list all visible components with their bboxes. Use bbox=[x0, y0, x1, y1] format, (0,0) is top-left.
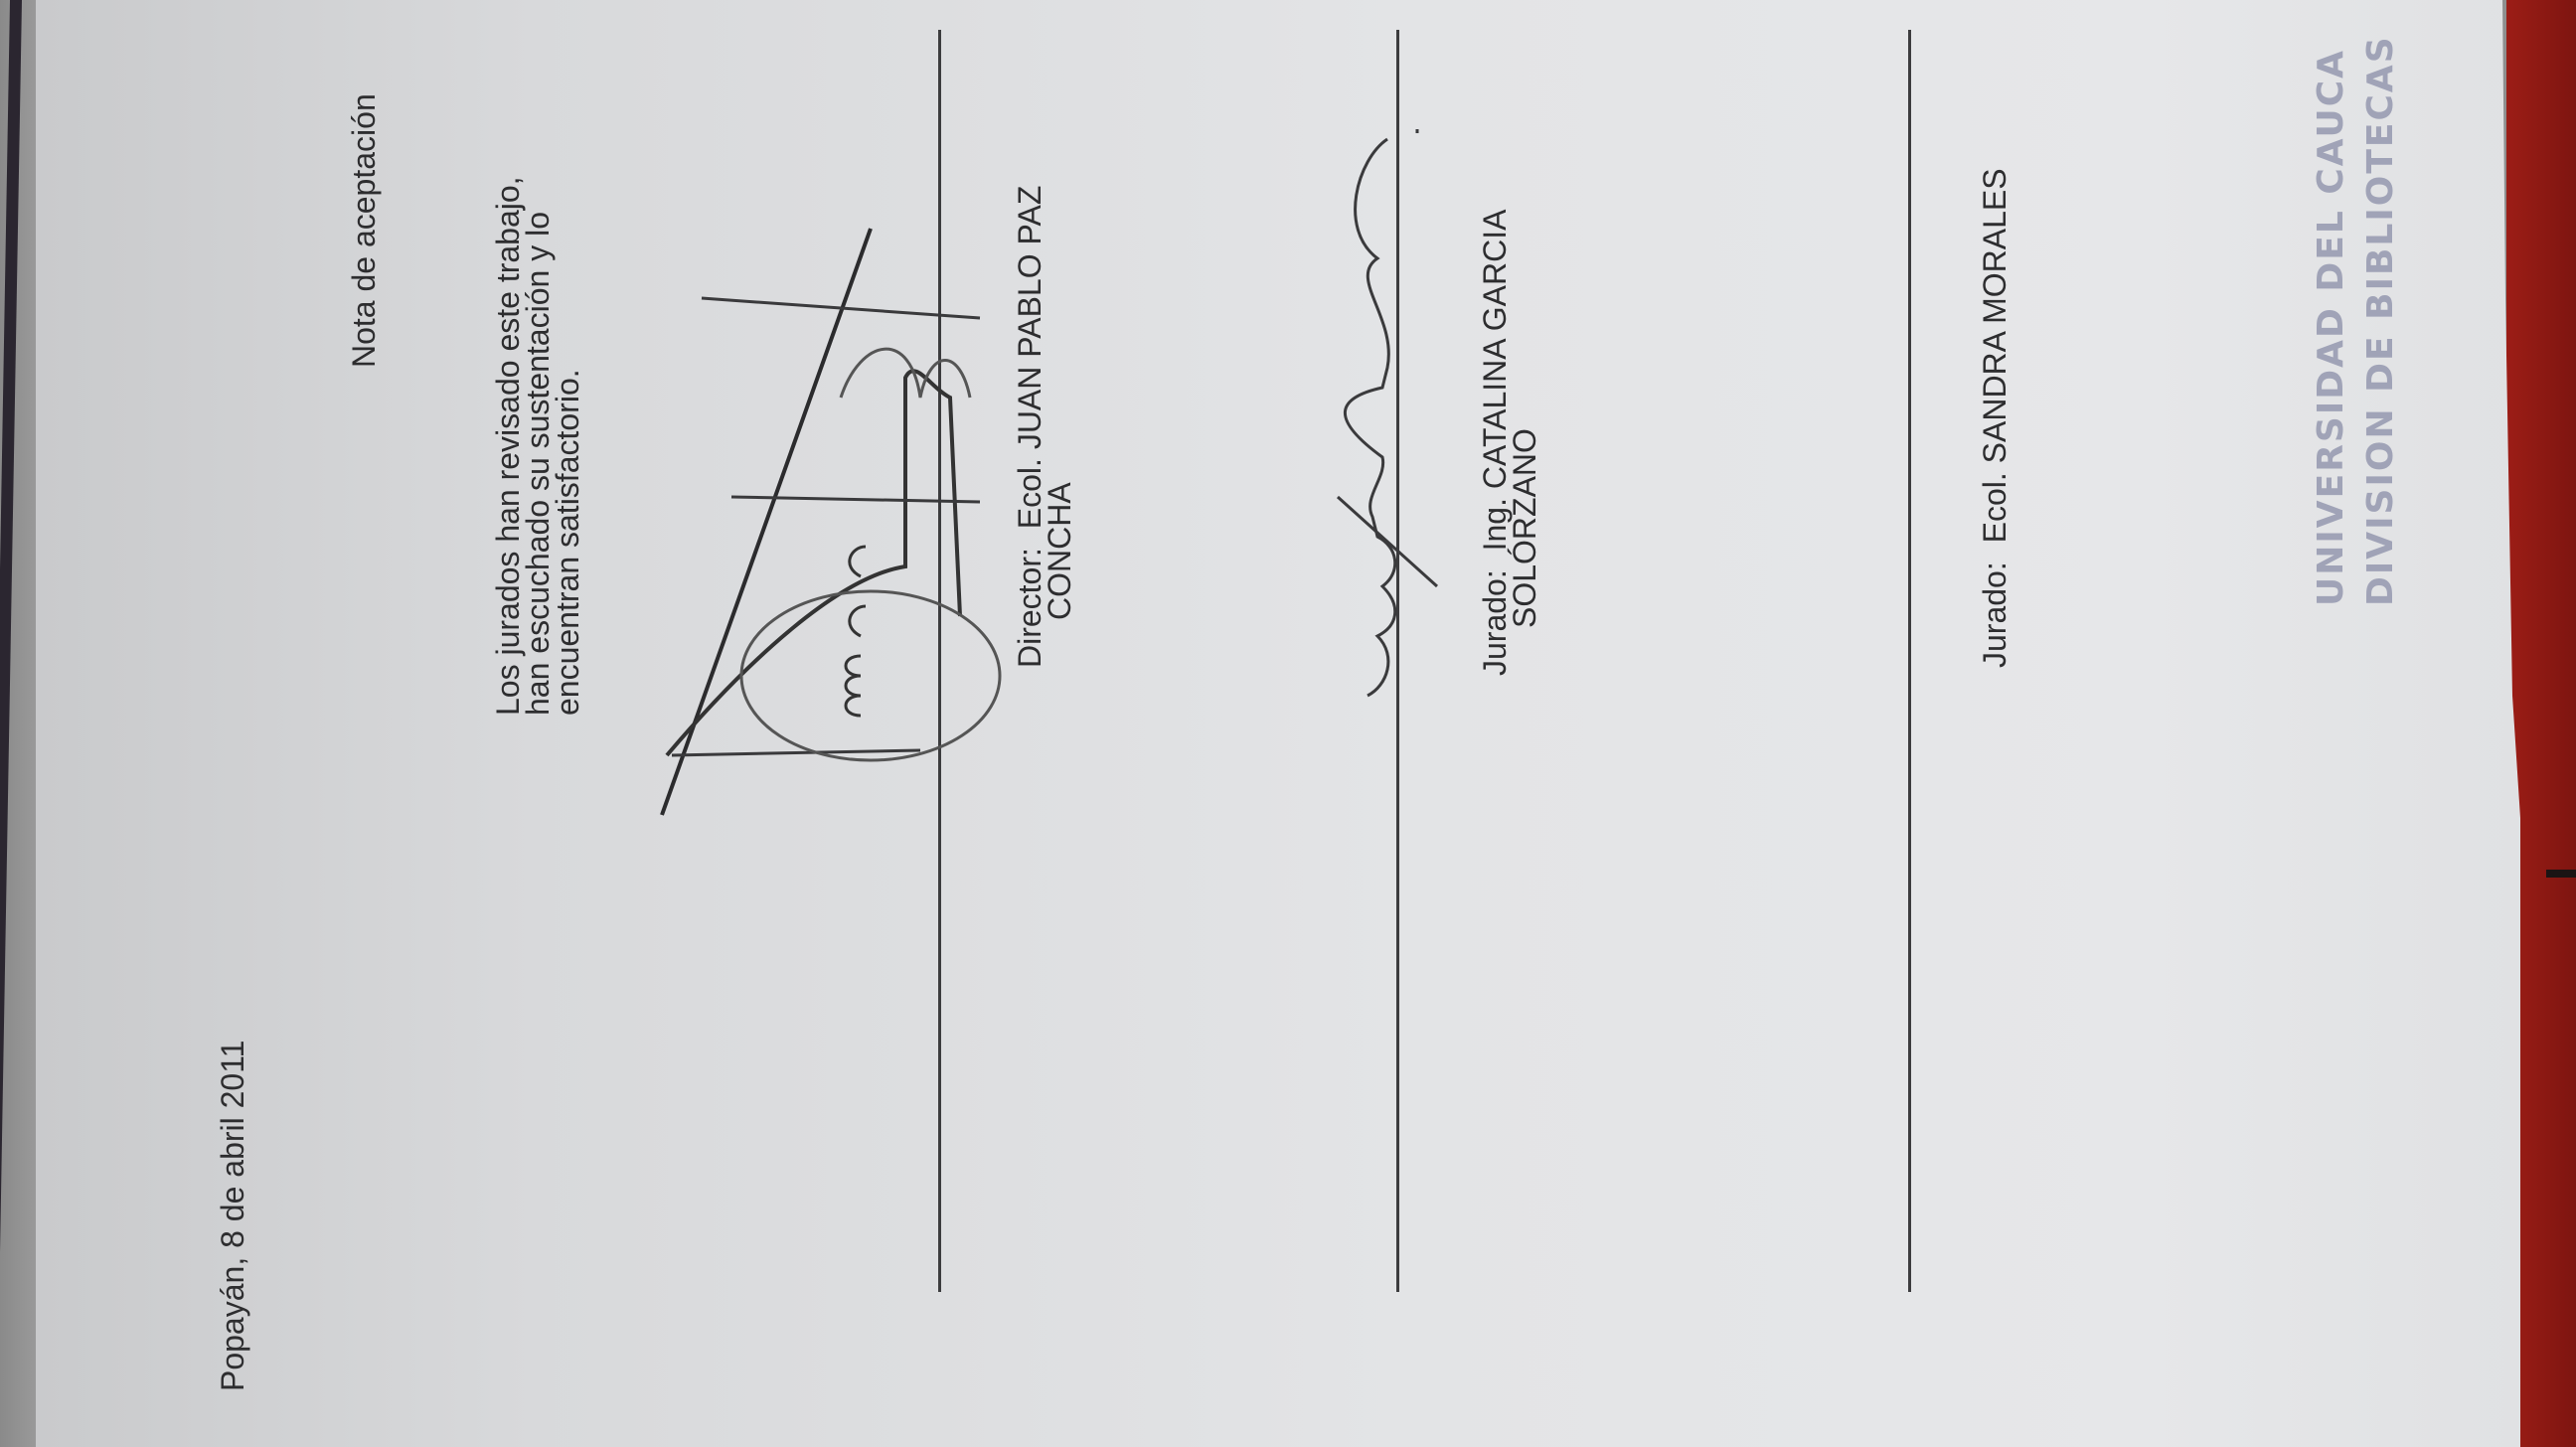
document-page: Nota de aceptación Los jurados han revis… bbox=[36, 0, 2520, 1447]
signature-jurado-1 bbox=[1308, 119, 1427, 716]
signature-director bbox=[632, 239, 1030, 835]
library-stamp: UNIVERSIDAD DEL CAUCA DIVISION DE BIBLIO… bbox=[2307, 35, 2406, 606]
background-dark-notch bbox=[2546, 870, 2576, 878]
jurado-2-caption: Jurado: Ecol. SANDRA MORALES bbox=[1980, 168, 2010, 668]
jurado-1-caption: Jurado: Ing. CATALINA GARCIA SOLÓRZANO bbox=[1480, 210, 1539, 676]
statement-line: han escuchado su sustentación y lo bbox=[523, 176, 553, 716]
director-name-cont: CONCHA bbox=[1045, 186, 1074, 668]
jurado-1-name-cont: SOLÓRZANO bbox=[1510, 210, 1539, 676]
director-caption: Director: Ecol. JUAN PABLO PAZ CONCHA bbox=[1015, 186, 1074, 668]
statement-line: encuentran satisfactorio. bbox=[553, 176, 582, 716]
jurado-2-role: Jurado: bbox=[1977, 562, 2012, 668]
director-name: Ecol. JUAN PABLO PAZ bbox=[1012, 186, 1047, 530]
stamp-line-1: UNIVERSIDAD DEL CAUCA bbox=[2307, 35, 2356, 606]
place-date: Popayán, 8 de abril 2011 bbox=[215, 1041, 251, 1391]
jurado-2-name: Ecol. SANDRA MORALES bbox=[1977, 168, 2012, 543]
acceptance-statement: Los jurados han revisado este trabajo, h… bbox=[493, 176, 582, 716]
stamp-line-2: DIVISION DE BIBLIOTECAS bbox=[2356, 35, 2406, 606]
page-title: Nota de aceptación bbox=[346, 93, 383, 368]
signature-line-jurado-2 bbox=[1908, 30, 1911, 1292]
statement-line: Los jurados han revisado este trabajo, bbox=[493, 176, 523, 716]
